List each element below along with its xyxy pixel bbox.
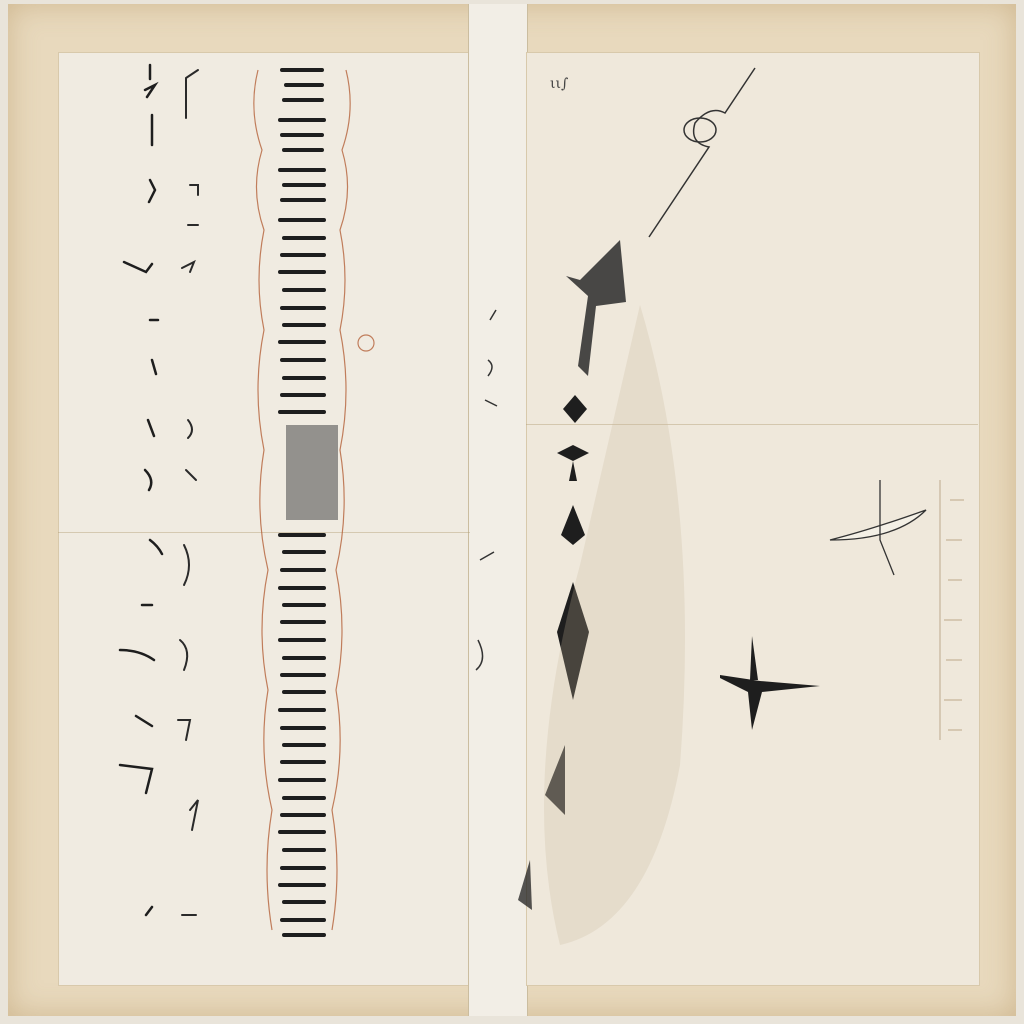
winged-figure-top (649, 68, 755, 237)
sparse-glyph-column-2 (178, 70, 198, 915)
ink-smudge (286, 425, 338, 520)
winged-bird-figure (566, 240, 626, 376)
artwork-drawing: ιι∫ (0, 0, 1024, 1024)
flying-fish-figure (830, 480, 926, 575)
faint-edge-glyphs (940, 480, 964, 740)
strip-glyphs (476, 310, 497, 670)
scribble-mark: ιι∫ (550, 76, 568, 92)
cross-shaped-figure (720, 636, 820, 730)
sparse-glyph-column-1 (120, 65, 162, 915)
